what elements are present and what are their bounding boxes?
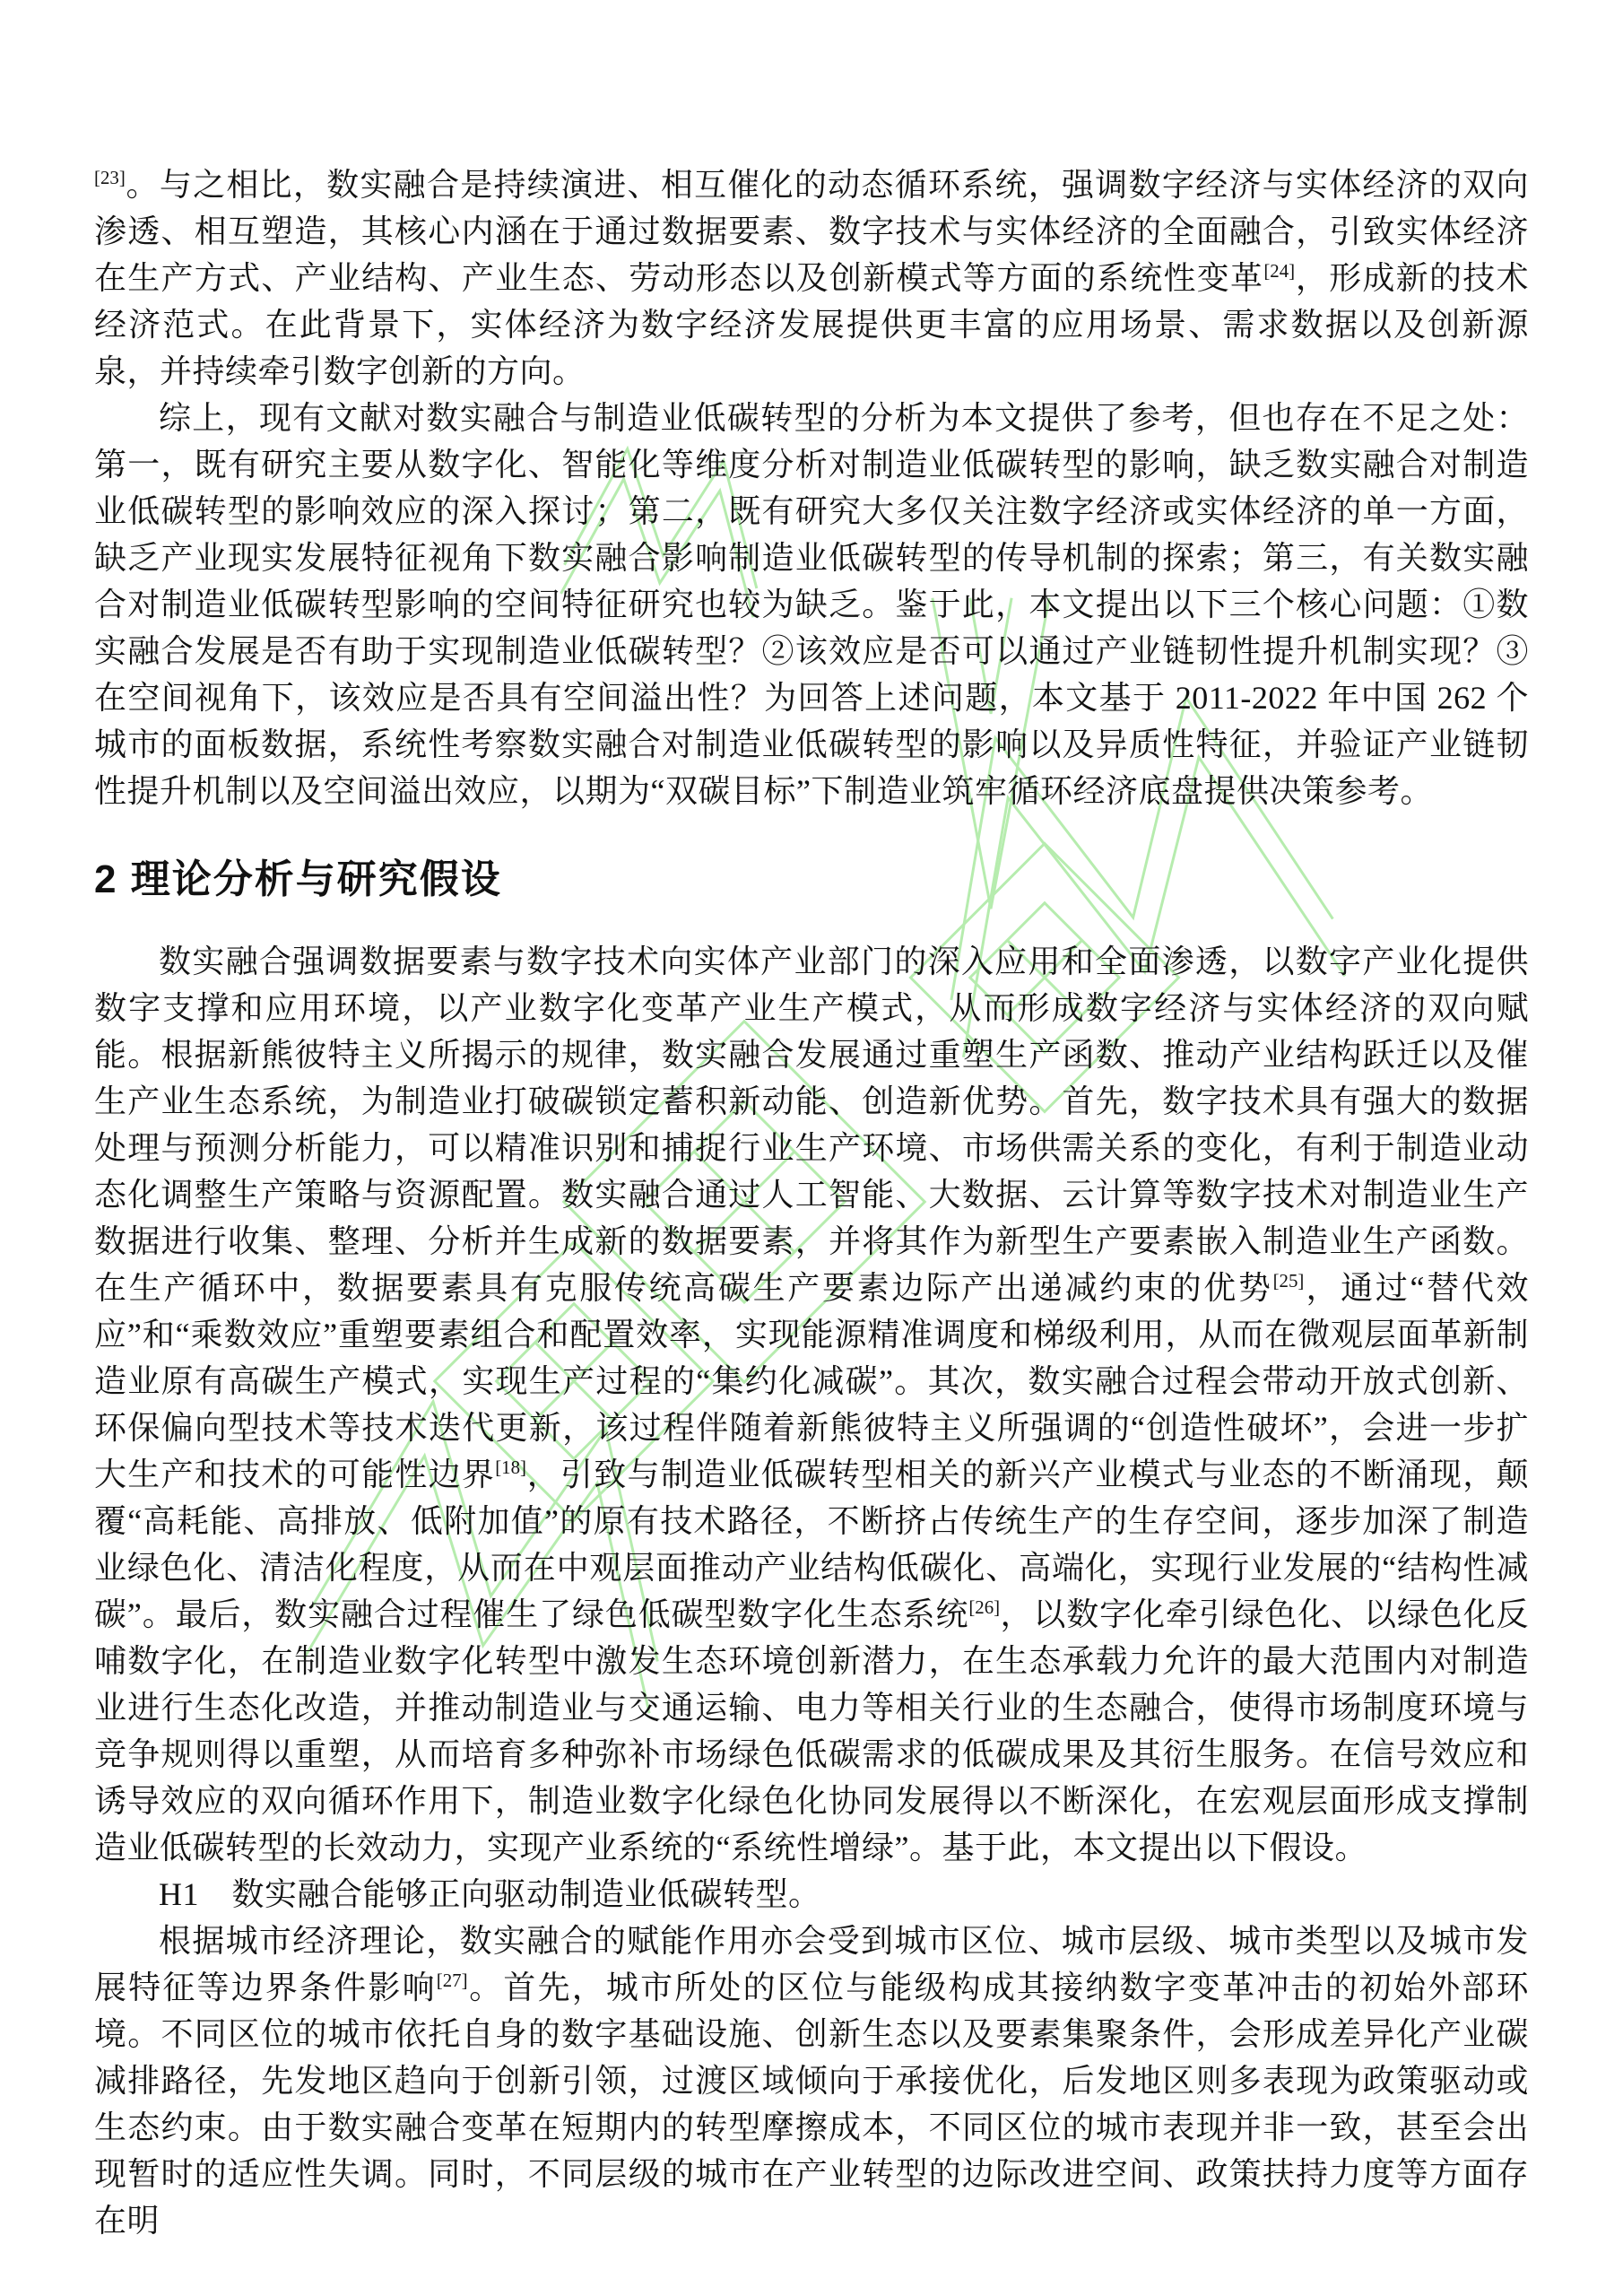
citation-marker: [18] bbox=[495, 1457, 526, 1478]
hypothesis-h1: H1 数实融合能够正向驱动制造业低碳转型。 bbox=[94, 1871, 1529, 1918]
paragraph-urban-economics: 根据城市经济理论，数实融合的赋能作用亦会受到城市区位、城市层级、城市类型以及城市… bbox=[94, 1918, 1529, 2244]
text-run: 综上，现有文献对数实融合与制造业低碳转型的分析为本文提供了参考，但也存在不足之处… bbox=[94, 400, 1529, 809]
paragraph-summary-gaps: 综上，现有文献对数实融合与制造业低碳转型的分析为本文提供了参考，但也存在不足之处… bbox=[94, 395, 1529, 814]
citation-marker: [27] bbox=[437, 1970, 468, 1991]
text-run: 。首先，城市所处的区位与能级构成其接纳数字变革冲击的初始外部环境。不同区位的城市… bbox=[94, 1970, 1529, 2239]
text-column: [23]。与之相比，数实融合是持续演进、相互催化的动态循环系统，强调数字经济与实… bbox=[94, 161, 1529, 2244]
citation-marker: [23] bbox=[94, 167, 126, 188]
paragraph-theory-analysis: 数实融合强调数据要素与数字技术向实体产业部门的深入应用和全面渗透，以数字产业化提… bbox=[94, 938, 1529, 1871]
text-run: H1 数实融合能够正向驱动制造业低碳转型。 bbox=[159, 1876, 821, 1912]
section-heading: 2 理论分析与研究假设 bbox=[94, 856, 1529, 904]
text-run: ，以数字化牵引绿色化、以绿色化反哺数字化，在制造业数字化转型中激发生态环境创新潜… bbox=[94, 1596, 1529, 1865]
citation-marker: [25] bbox=[1273, 1270, 1305, 1291]
document-page: [23]。与之相比，数实融合是持续演进、相互催化的动态循环系统，强调数字经济与实… bbox=[0, 0, 1623, 2296]
citation-marker: [26] bbox=[968, 1596, 1000, 1618]
paragraph-literature-comparison: [23]。与之相比，数实融合是持续演进、相互催化的动态循环系统，强调数字经济与实… bbox=[94, 161, 1529, 395]
text-run: 数实融合强调数据要素与数字技术向实体产业部门的深入应用和全面渗透，以数字产业化提… bbox=[94, 944, 1529, 1306]
citation-marker: [24] bbox=[1263, 260, 1295, 282]
